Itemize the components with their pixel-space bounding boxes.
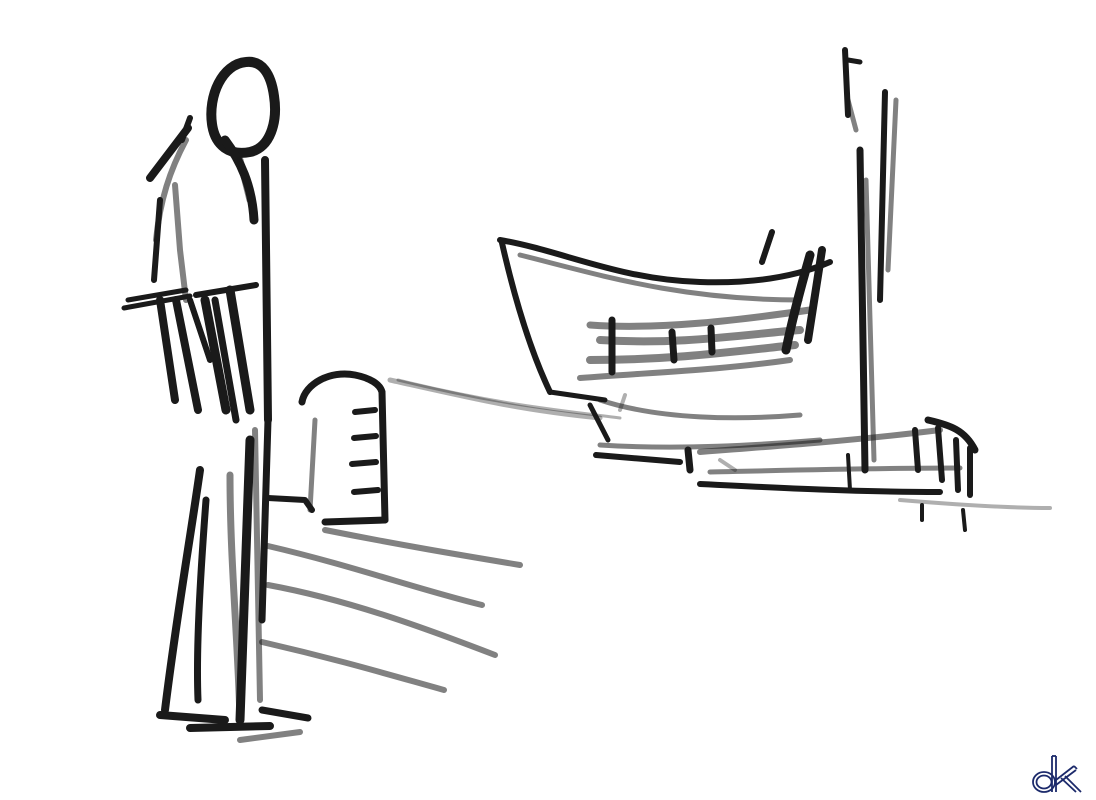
monogram-dk-icon — [1028, 752, 1088, 796]
standing-figure — [124, 62, 308, 740]
artist-monogram: dk — [1028, 752, 1088, 796]
ink-sketch — [0, 0, 1096, 800]
masts — [845, 50, 896, 470]
boats — [500, 232, 1050, 530]
mooring-bollard — [268, 374, 385, 522]
